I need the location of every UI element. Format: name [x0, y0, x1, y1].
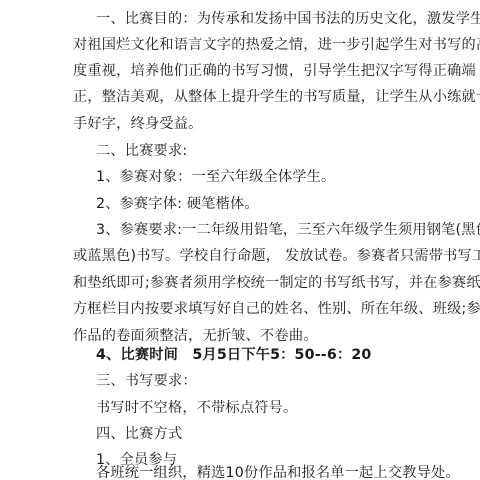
document-line: 一、比赛目的：为传承和发扬中国书法的历史文化，激发学生	[96, 11, 480, 27]
document-line: 方框栏目内按要求填写好自己的姓名、性别、所在年级、班级;参赛	[73, 301, 480, 317]
document-line: 二、比赛要求:	[96, 143, 187, 159]
document-line: 正，整洁美观，从整体上提升学生的书写质量，让学生从小练就一	[73, 89, 480, 105]
document-line: 2、参赛字体: 硬笔楷体。	[96, 196, 259, 212]
document-line: 和垫纸即可;参赛者须用学校统一制定的书写纸书写，并在参赛纸的	[73, 275, 480, 291]
document-line: 四、比赛方式	[96, 426, 182, 442]
document-line: 书写时不空格，不带标点符号。	[96, 400, 297, 416]
document-line: 对祖国烂文化和语言文字的热爱之情，进一步引起学生对书写的高	[73, 37, 480, 53]
document-line: 作品的卷面须整洁，无折皱、不卷曲。	[73, 328, 318, 344]
document-line: 度重视，培养他们正确的书写习惯，引导学生把汉字写得正确端	[73, 63, 476, 79]
document-line: 1、参赛对象：一至六年级全体学生。	[96, 169, 335, 185]
document-line: 4、比赛时间 5月5日下午5：50--6：20	[96, 347, 371, 363]
document-line: 手好字，终身受益。	[73, 116, 203, 132]
document-line: 或蓝黑色)书写。学校自行命题， 发放试卷。参赛者只需带书写工具	[73, 248, 480, 264]
document-line: 三、书写要求：	[96, 373, 197, 389]
document-line: 3、参赛要求:一二年级用铅笔，三至六年级学生须用钢笔(黑色	[96, 222, 480, 238]
document-line: 各班统一组织，精选10份作品和报名单一起上交教导处。	[96, 465, 460, 480]
